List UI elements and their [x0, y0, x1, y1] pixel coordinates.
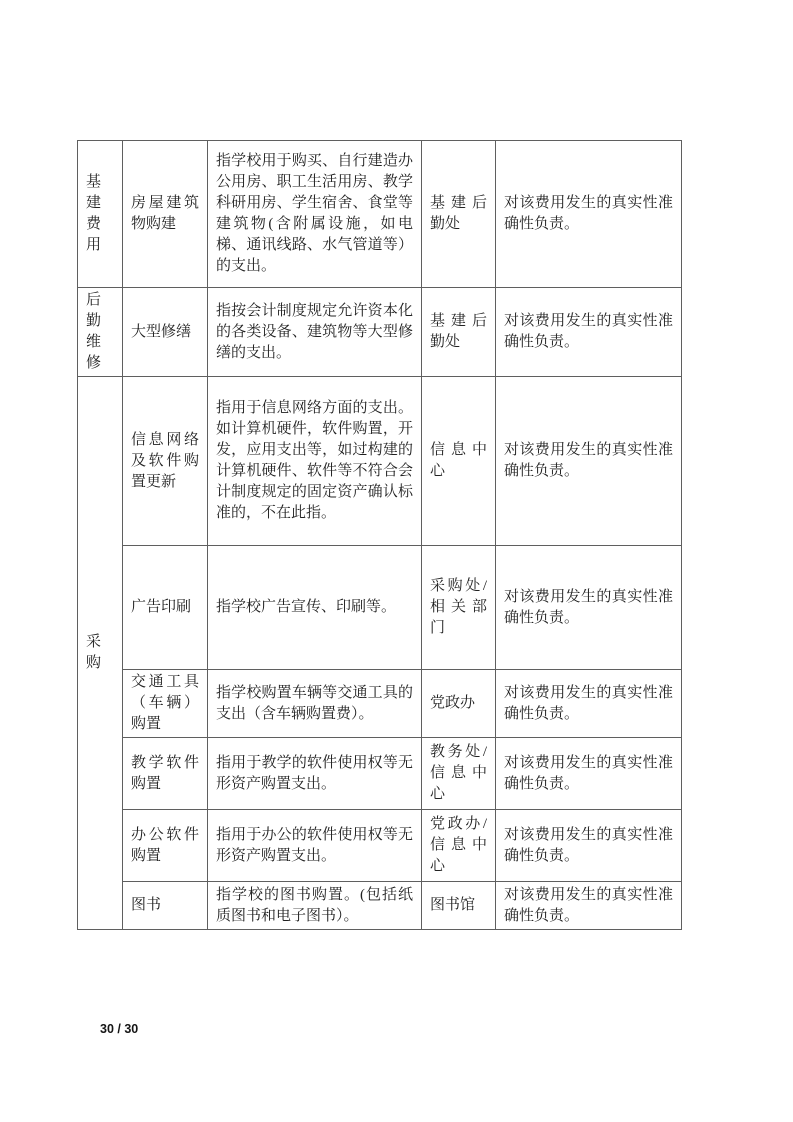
responsibility-cell: 对该费用发生的真实性准确性负责。 — [496, 882, 682, 930]
table-row: 采购 信息网络及软件购置更新 指用于信息网络方面的支出。如计算机硬件，软件购置，… — [78, 377, 682, 546]
document-page: 基建费用 房屋建筑物购建 指学校用于购买、自行建造办公用房、职工生活用房、教学科… — [0, 0, 793, 1122]
expense-responsibility-table: 基建费用 房屋建筑物购建 指学校用于购买、自行建造办公用房、职工生活用房、教学科… — [77, 140, 682, 930]
description-cell: 指按会计制度规定允许资本化的各类设备、建筑物等大型修缮的支出。 — [208, 288, 422, 377]
description-cell: 指用于教学的软件使用权等无形资产购置支出。 — [208, 738, 422, 810]
department-cell: 党政办/信息中心 — [422, 810, 496, 882]
item-cell: 交通工具（车辆）购置 — [123, 670, 208, 738]
table-row: 广告印刷 指学校广告宣传、印刷等。 采购处/相关部门 对该费用发生的真实性准确性… — [78, 546, 682, 670]
table-row: 教学软件购置 指用于教学的软件使用权等无形资产购置支出。 教务处/信息中心 对该… — [78, 738, 682, 810]
category-cell: 后勤维修 — [78, 288, 123, 377]
item-cell: 大型修缮 — [123, 288, 208, 377]
department-cell: 采购处/相关部门 — [422, 546, 496, 670]
item-cell: 广告印刷 — [123, 546, 208, 670]
department-cell: 基建后勤处 — [422, 288, 496, 377]
category-cell: 采购 — [78, 377, 123, 930]
item-cell: 教学软件购置 — [123, 738, 208, 810]
item-cell: 图书 — [123, 882, 208, 930]
responsibility-cell: 对该费用发生的真实性准确性负责。 — [496, 141, 682, 288]
description-cell: 指用于办公的软件使用权等无形资产购置支出。 — [208, 810, 422, 882]
department-cell: 教务处/信息中心 — [422, 738, 496, 810]
table-row: 基建费用 房屋建筑物购建 指学校用于购买、自行建造办公用房、职工生活用房、教学科… — [78, 141, 682, 288]
department-cell: 信息中心 — [422, 377, 496, 546]
page-number: 30 / 30 — [100, 1022, 138, 1036]
table-row: 交通工具（车辆）购置 指学校购置车辆等交通工具的支出（含车辆购置费）。 党政办 … — [78, 670, 682, 738]
responsibility-cell: 对该费用发生的真实性准确性负责。 — [496, 670, 682, 738]
responsibility-cell: 对该费用发生的真实性准确性负责。 — [496, 546, 682, 670]
item-cell: 信息网络及软件购置更新 — [123, 377, 208, 546]
item-cell: 办公软件购置 — [123, 810, 208, 882]
department-cell: 图书馆 — [422, 882, 496, 930]
description-cell: 指学校用于购买、自行建造办公用房、职工生活用房、教学科研用房、学生宿舍、食堂等建… — [208, 141, 422, 288]
responsibility-cell: 对该费用发生的真实性准确性负责。 — [496, 810, 682, 882]
table-row: 图书 指学校的图书购置。(包括纸质图书和电子图书）。 图书馆 对该费用发生的真实… — [78, 882, 682, 930]
responsibility-cell: 对该费用发生的真实性准确性负责。 — [496, 738, 682, 810]
description-cell: 指用于信息网络方面的支出。如计算机硬件，软件购置，开发，应用支出等，如过构建的计… — [208, 377, 422, 546]
item-cell: 房屋建筑物购建 — [123, 141, 208, 288]
description-cell: 指学校广告宣传、印刷等。 — [208, 546, 422, 670]
table-row: 办公软件购置 指用于办公的软件使用权等无形资产购置支出。 党政办/信息中心 对该… — [78, 810, 682, 882]
department-cell: 党政办 — [422, 670, 496, 738]
responsibility-cell: 对该费用发生的真实性准确性负责。 — [496, 288, 682, 377]
category-cell: 基建费用 — [78, 141, 123, 288]
table-row: 后勤维修 大型修缮 指按会计制度规定允许资本化的各类设备、建筑物等大型修缮的支出… — [78, 288, 682, 377]
description-cell: 指学校的图书购置。(包括纸质图书和电子图书）。 — [208, 882, 422, 930]
department-cell: 基建后勤处 — [422, 141, 496, 288]
responsibility-cell: 对该费用发生的真实性准确性负责。 — [496, 377, 682, 546]
description-cell: 指学校购置车辆等交通工具的支出（含车辆购置费）。 — [208, 670, 422, 738]
